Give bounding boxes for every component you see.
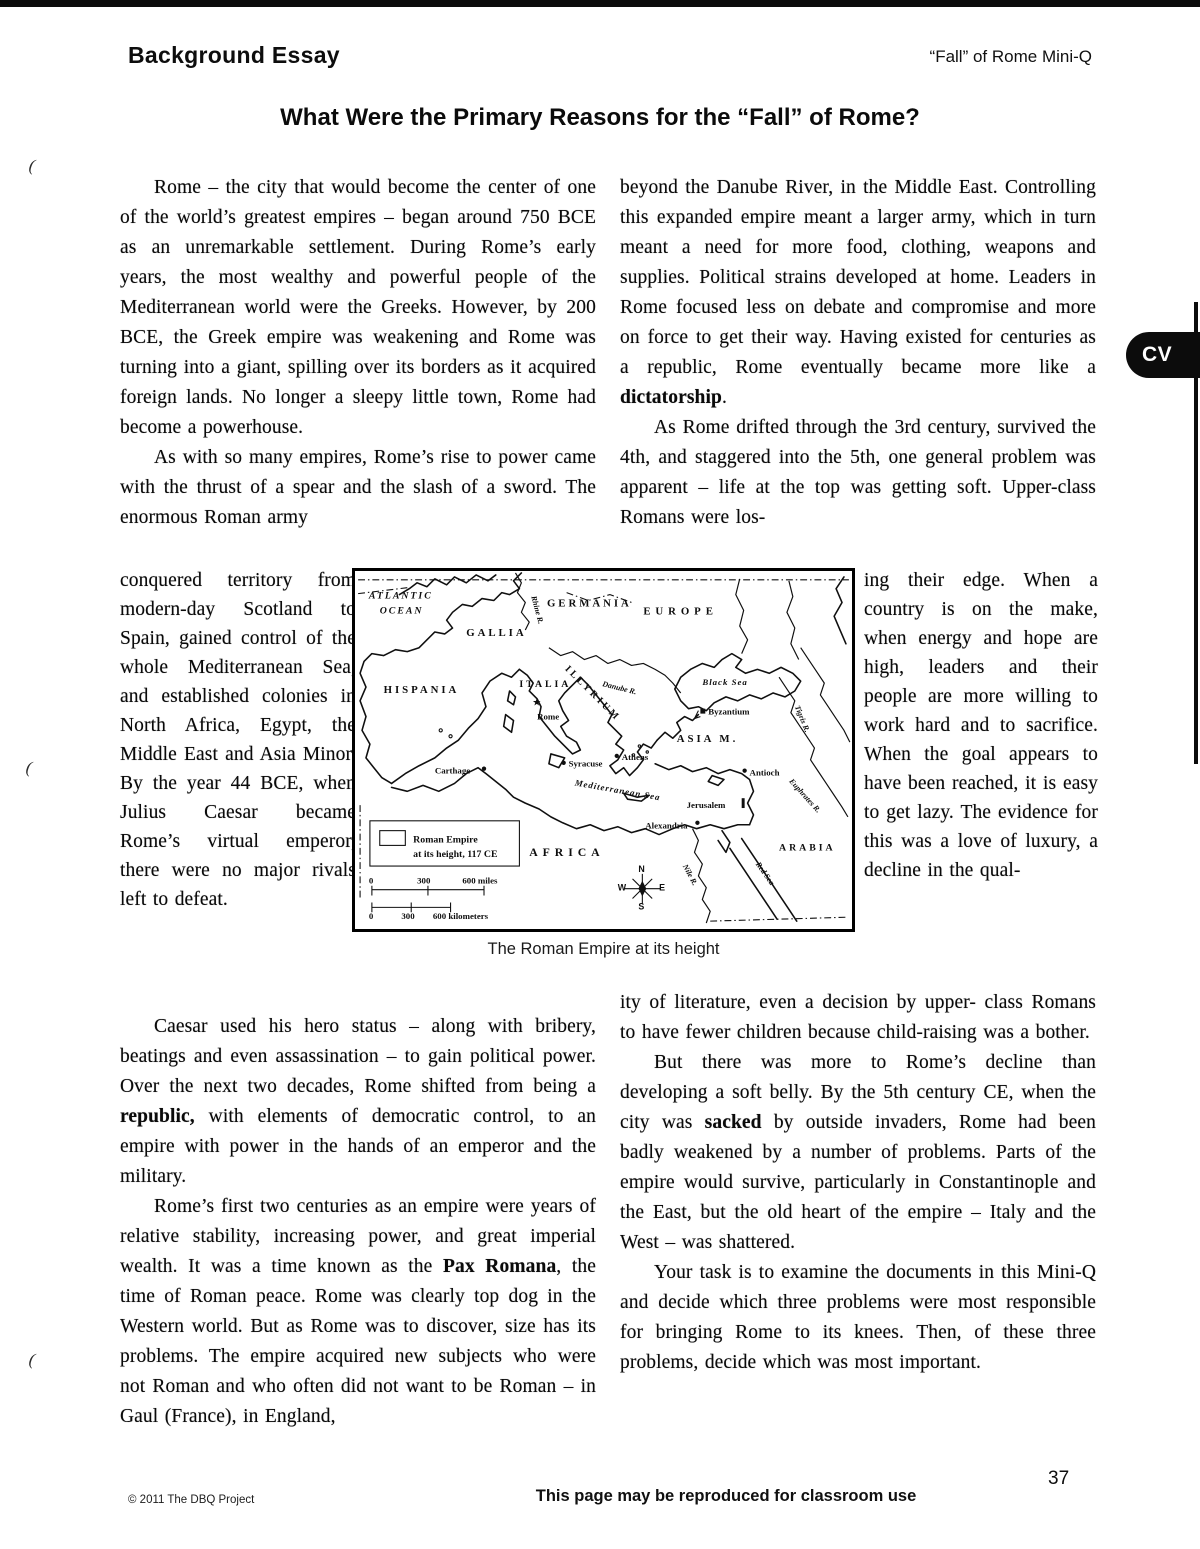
paragraph: As with so many empires, Rome’s rise to … xyxy=(120,443,596,533)
text-run: Rome – the city that would become the ce… xyxy=(120,177,596,438)
map-label: W xyxy=(618,883,627,893)
map-label: Euphrates R. xyxy=(787,776,823,815)
bold-term: sacked xyxy=(705,1112,762,1133)
map-label: N xyxy=(638,864,644,874)
paragraph: conquered territory from modern-day Scot… xyxy=(120,566,356,914)
map-label: AFRICA xyxy=(529,845,604,859)
map-label: Nile R. xyxy=(680,862,699,887)
map-canvas: ATLANTICOCEANGERMANIAEUROPEGALLIARhine R… xyxy=(355,571,852,929)
paragraph: beyond the Danube River, in the Middle E… xyxy=(620,173,1096,413)
map-label: 0 xyxy=(369,911,374,921)
paragraph: Caesar used his hero status – along with… xyxy=(120,1012,596,1192)
map-label: Rhine R. xyxy=(529,594,545,625)
essay-left-narrow: conquered territory from modern-day Scot… xyxy=(120,566,356,914)
map-label: Carthage xyxy=(435,766,470,776)
text-run: As Rome drifted through the 3rd century,… xyxy=(620,417,1096,528)
page-number: 37 xyxy=(1048,1468,1069,1490)
map-label: Syracuse xyxy=(569,759,603,769)
cv-tab-label: CV xyxy=(1142,343,1172,367)
essay-left-top: Rome – the city that would become the ce… xyxy=(120,173,596,533)
scan-artifact: ( xyxy=(28,1350,36,1371)
bold-term: Pax Romana xyxy=(443,1256,556,1277)
paragraph: But there was more to Rome’s decline tha… xyxy=(620,1048,1096,1258)
map-label: Danube R. xyxy=(601,679,638,696)
text-run: Caesar used his hero status – along with… xyxy=(120,1016,596,1097)
map-label: Antioch xyxy=(750,768,780,778)
map-label: Mediterranean Sea xyxy=(573,777,661,802)
text-run: ity of literature, even a decision by up… xyxy=(620,992,1096,1043)
text-run: Your task is to examine the documents in… xyxy=(620,1262,1096,1373)
scan-artifact: ( xyxy=(28,156,36,177)
top-scan-bar xyxy=(0,0,1200,7)
map-dot-marker xyxy=(562,761,566,765)
scan-artifact: ( xyxy=(25,758,33,779)
paragraph: Rome’s first two centuries as an empire … xyxy=(120,1192,596,1432)
text-run: beyond the Danube River, in the Middle E… xyxy=(620,177,1096,378)
header-left: Background Essay xyxy=(128,42,340,69)
page-title: What Were the Primary Reasons for the “F… xyxy=(0,104,1200,132)
paragraph: Your task is to examine the documents in… xyxy=(620,1258,1096,1378)
map-label: ITALIA xyxy=(519,679,571,690)
text-run: conquered territory from modern-day Scot… xyxy=(120,570,356,910)
map-star-marker: ★ xyxy=(532,698,541,709)
map-label: E xyxy=(659,883,665,893)
map-label: Alexandria xyxy=(645,821,688,831)
map-label: EUROPE xyxy=(643,605,718,617)
paragraph: Rome – the city that would become the ce… xyxy=(120,173,596,443)
essay-left-bottom: Caesar used his hero status – along with… xyxy=(120,1012,596,1432)
map-label: ATLANTIC xyxy=(368,591,433,602)
map-dot-marker xyxy=(615,754,619,758)
map-label: Byzantium xyxy=(708,707,750,717)
map-label: ASIA M. xyxy=(677,733,738,745)
bold-term: republic, xyxy=(120,1106,195,1127)
map-label: 300 xyxy=(417,876,431,886)
text-run: As with so many empires, Rome’s rise to … xyxy=(120,447,596,528)
map-square-marker xyxy=(700,709,705,714)
paragraph: ing their edge. When a country is on the… xyxy=(864,566,1098,885)
bold-term: dictatorship xyxy=(620,387,722,408)
map-label: Jerusalem xyxy=(687,800,726,810)
essay-right-bottom: ity of literature, even a decision by up… xyxy=(620,988,1096,1378)
essay-right-narrow: ing their edge. When a country is on the… xyxy=(864,566,1098,885)
paragraph: ity of literature, even a decision by up… xyxy=(620,988,1096,1048)
map-label: HISPANIA xyxy=(384,684,460,696)
map-label: 0 xyxy=(369,876,374,886)
footer-reproduction-note: This page may be reproduced for classroo… xyxy=(420,1487,1032,1506)
map-dot-marker xyxy=(742,768,746,772)
map-label: ILLYRIUM xyxy=(563,664,623,724)
map-label: Red Sea xyxy=(753,859,776,887)
map-label: 600 kilometers xyxy=(433,911,489,921)
map-label: Roman Empire xyxy=(413,834,478,845)
map-label: 600 miles xyxy=(462,876,498,886)
map-label: Rome xyxy=(537,712,559,722)
map-label: Athens xyxy=(622,752,649,762)
paragraph: As Rome drifted through the 3rd century,… xyxy=(620,413,1096,533)
text-run: ing their edge. When a country is on the… xyxy=(864,570,1098,881)
right-margin-rule xyxy=(1194,302,1198,764)
footer-copyright: © 2011 The DBQ Project xyxy=(128,1494,254,1506)
map-caption: The Roman Empire at its height xyxy=(352,940,855,959)
map-label: at its height, 117 CE xyxy=(413,849,498,860)
essay-right-top: beyond the Danube River, in the Middle E… xyxy=(620,173,1096,533)
cv-tab: CV xyxy=(1126,332,1200,378)
header-right: “Fall” of Rome Mini-Q xyxy=(930,47,1092,67)
document-page: Background Essay “Fall” of Rome Mini-Q W… xyxy=(0,0,1200,1549)
text-run: by outside invaders, Rome had been badly… xyxy=(620,1112,1096,1253)
compass-rose xyxy=(625,874,660,904)
map-label: GALLIA xyxy=(466,627,526,639)
map-label: ARABIA xyxy=(779,842,835,853)
text-run: , the time of Roman peace. Rome was clea… xyxy=(120,1256,596,1427)
map-dot-marker xyxy=(482,767,486,771)
map-label: Black Sea xyxy=(701,677,747,687)
map-dot-marker xyxy=(695,821,699,825)
map-label: S xyxy=(638,901,644,911)
roman-empire-map: ATLANTICOCEANGERMANIAEUROPEGALLIARhine R… xyxy=(352,568,855,932)
map-label: 300 xyxy=(401,911,415,921)
map-flag-marker xyxy=(742,798,745,808)
map-label: OCEAN xyxy=(380,605,424,616)
map-label: Tigris R. xyxy=(793,704,812,733)
map-label: GERMANIA xyxy=(547,597,632,609)
text-run: . xyxy=(722,387,727,408)
